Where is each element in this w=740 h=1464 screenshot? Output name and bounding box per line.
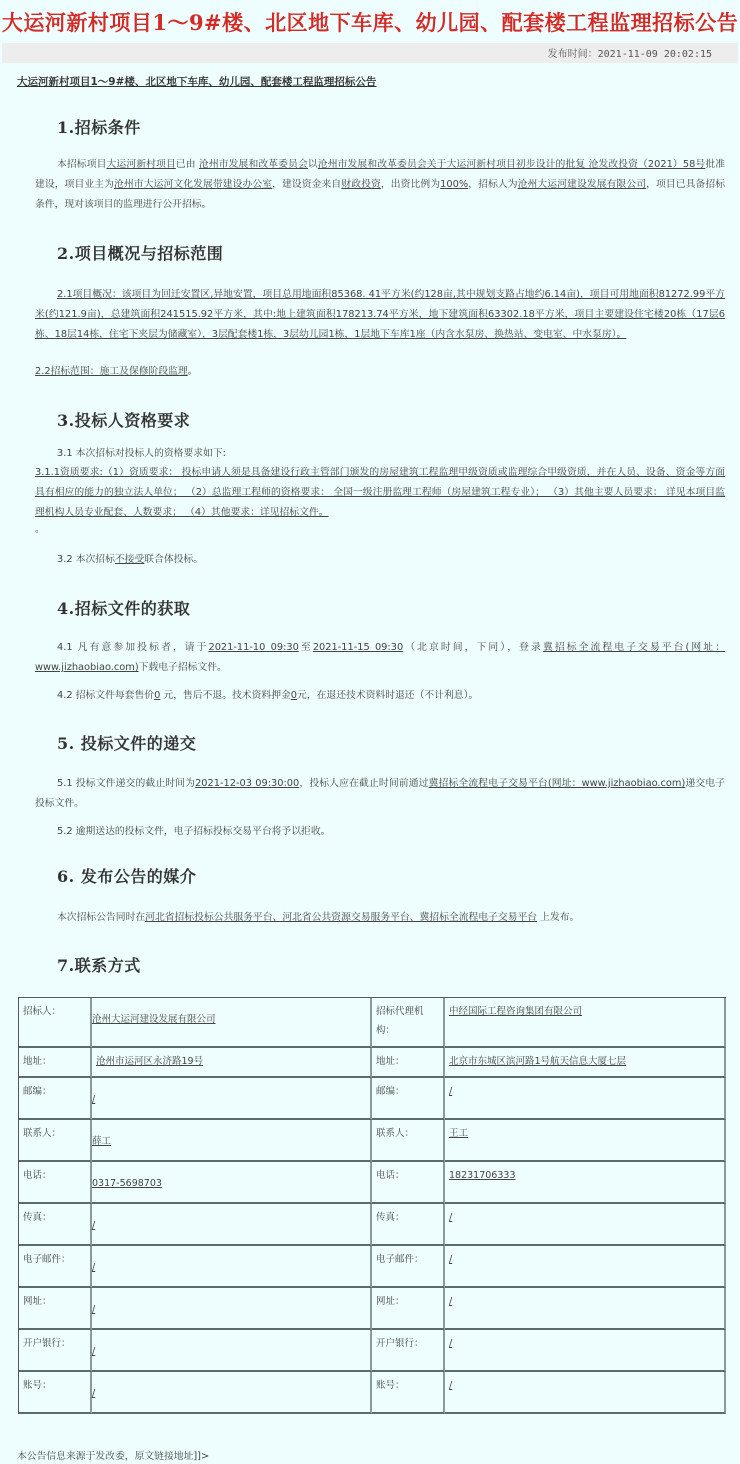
article-subtitle[interactable]: 大运河新村项目1～9#楼、北区地下车库、幼儿园、配套楼工程监理招标公告: [17, 74, 376, 89]
publication-platforms-link[interactable]: 河北省招标投标公共服务平台、河北省公共资源交易服务平台、冀招标全流程电子交易平台: [145, 912, 537, 923]
publish-time-value: 2021-11-09 20:02:15: [598, 49, 712, 60]
project-name-link[interactable]: 大运河新村项目: [107, 159, 176, 170]
label-cell: 网址：: [19, 1288, 92, 1330]
value-cell: /: [445, 1288, 726, 1330]
section-heading-6: 6. 发布公告的媒介: [57, 864, 196, 887]
agency-account[interactable]: /: [449, 1376, 720, 1395]
approval-document-link[interactable]: 沧州市发展和改革委员会关于大运河新村项目初步设计的批复 沧发改投资（2021）5…: [318, 159, 706, 170]
table-row: 地址： 沧州市运河区永济路19号 地址： 北京市东城区滨河路1号航天信息大厦七层: [19, 1048, 726, 1078]
value-cell: 沧州大运河建设发展有限公司: [92, 998, 372, 1048]
section-6-media: 本次招标公告同时在河北省招标投标公共服务平台、河北省公共资源交易服务平台、冀招标…: [57, 908, 727, 928]
section-heading-2: 2.项目概况与招标范围: [57, 241, 223, 264]
text: 4.2 招标文件每套售价: [57, 690, 154, 701]
label-cell: 账号：: [19, 1372, 92, 1414]
section-4-price: 4.2 招标文件每套售价0 元，售后不退。技术资料押金0元，在退还技术资料时退还…: [35, 686, 725, 706]
label-cell: 电子邮件：: [372, 1246, 445, 1288]
publish-label: 发布时间：: [548, 49, 598, 60]
label-cell: 电子邮件：: [19, 1246, 92, 1288]
section-heading-7: 7.联系方式: [57, 953, 141, 976]
value-cell: 中经国际工程咨询集团有限公司: [445, 998, 726, 1048]
text: 本招标项目: [57, 159, 107, 170]
qualification-text[interactable]: 3.1.1资质要求:（1）资质要求： 投标申请人须是具备建设行政主管部门颁发的房…: [35, 467, 725, 518]
agency-postcode[interactable]: /: [449, 1082, 720, 1101]
table-row: 招标人： 沧州大运河建设发展有限公司 招标代理机构： 中经国际工程咨询集团有限公…: [19, 998, 726, 1048]
section-heading-1: 1.招标条件: [57, 115, 141, 138]
table-row: 电子邮件： / 电子邮件： /: [19, 1246, 726, 1288]
label-cell: 招标代理机构：: [372, 998, 445, 1048]
deadline-datetime[interactable]: 2021-12-03 09:30:00: [195, 778, 299, 789]
value-cell: 沧州市运河区永济路19号: [92, 1048, 372, 1078]
text: 元，在退还技术资料时退还（不计利息）。: [297, 690, 478, 701]
section-5-late: 5.2 逾期送达的投标文件，电子招标投标交易平台将予以拒收。: [35, 822, 725, 842]
label-cell: 联系人：: [372, 1120, 445, 1162]
label-cell: 开户银行：: [372, 1330, 445, 1372]
tenderer-bank[interactable]: /: [92, 1334, 366, 1361]
project-overview-text[interactable]: 2.1项目概况：该项目为回迁安置区,异地安置，项目总用地面积85368. 41平…: [35, 289, 725, 340]
label-cell: 地址：: [372, 1048, 445, 1078]
section-1-paragraph: 本招标项目大运河新村项目已由 沧州市发展和改革委员会以沧州市发展和改革委员会关于…: [35, 155, 725, 215]
value-cell: /: [445, 1246, 726, 1288]
value-cell: /: [92, 1288, 372, 1330]
tenderer-postcode[interactable]: /: [92, 1082, 366, 1109]
platform-link[interactable]: 冀招标全流程电子交易平台(网址：www.jizhaobiao.com): [429, 778, 686, 789]
table-row: 网址： / 网址： /: [19, 1288, 726, 1330]
label-cell: 传真：: [19, 1204, 92, 1246]
value-cell: /: [445, 1204, 726, 1246]
label-cell: 联系人：: [19, 1120, 92, 1162]
agency-address[interactable]: 北京市东城区滨河路1号航天信息大厦七层: [449, 1052, 720, 1071]
text: ，建设资金来自: [272, 179, 341, 190]
text: ，招标人为: [468, 179, 518, 190]
text: 至: [299, 642, 313, 653]
meta-bar: 发布时间：2021-11-09 20:02:15: [2, 43, 738, 63]
value-cell: /: [92, 1078, 372, 1120]
funding-source-link[interactable]: 财政投资: [341, 179, 381, 190]
value-cell: /: [445, 1372, 726, 1414]
table-row: 电话： 0317-5698703 电话： 18231706333: [19, 1162, 726, 1204]
value-cell: 王工: [445, 1120, 726, 1162]
label-cell: 招标人：: [19, 998, 92, 1048]
end-datetime[interactable]: 2021-11-15 09:30: [313, 642, 403, 653]
agency-fax[interactable]: /: [449, 1208, 720, 1227]
table-row: 邮编： / 邮编： /: [19, 1078, 726, 1120]
text: ，投标人应在截止时间前通过: [299, 778, 428, 789]
trailing-text: ]]>: [193, 1451, 209, 1462]
section-heading-4: 4.招标文件的获取: [57, 596, 190, 619]
tenderer-name[interactable]: 沧州大运河建设发展有限公司: [92, 1002, 366, 1029]
agency-name[interactable]: 中经国际工程咨询集团有限公司: [449, 1002, 720, 1021]
page-title: 大运河新村项目1～9#楼、北区地下车库、幼儿园、配套楼工程监理招标公告: [0, 6, 740, 40]
value-cell: /: [92, 1330, 372, 1372]
tenderer-fax[interactable]: /: [92, 1208, 366, 1235]
text: 3.2 本次招标: [57, 554, 115, 565]
funding-ratio[interactable]: 100%: [440, 179, 468, 190]
source-text: 本公告信息来源于发改委，: [17, 1451, 135, 1462]
consortium-not-accepted[interactable]: 不接受: [115, 554, 144, 565]
label-cell: 地址：: [19, 1048, 92, 1078]
tender-scope-text[interactable]: 2.2招标范围：施工及保修阶段监理: [35, 366, 188, 377]
tenderer-address[interactable]: 沧州市运河区永济路19号: [96, 1052, 366, 1071]
text: 上发布。: [537, 912, 579, 923]
original-link[interactable]: 原文链接地址: [135, 1451, 194, 1462]
section-4-obtain: 4.1 凡有意参加投标者，请于2021-11-10 09:30至2021-11-…: [35, 638, 725, 678]
text: 联合体投标。: [144, 554, 203, 565]
tenderer-contact[interactable]: 薛工: [92, 1124, 366, 1151]
text: 4.1 凡有意参加投标者，请于: [57, 642, 208, 653]
section-heading-3: 3.投标人资格要求: [57, 408, 190, 431]
label-cell: 传真：: [372, 1204, 445, 1246]
agency-contact[interactable]: 王工: [449, 1124, 720, 1143]
source-note: 本公告信息来源于发改委，原文链接地址]]>: [17, 1448, 209, 1462]
value-cell: 北京市东城区滨河路1号航天信息大厦七层: [445, 1048, 726, 1078]
section-3-qualification: 3.1.1资质要求:（1）资质要求： 投标申请人须是具备建设行政主管部门颁发的房…: [35, 463, 725, 523]
section-3-intro: 3.1 本次招标对投标人的资格要求如下:: [35, 446, 725, 462]
section-heading-5: 5. 投标文件的递交: [57, 731, 196, 754]
section-5-submission: 5.1 投标文件递交的截止时间为2021-12-03 09:30:00，投标人应…: [35, 774, 725, 814]
table-row: 开户银行： / 开户银行： /: [19, 1330, 726, 1372]
start-datetime[interactable]: 2021-11-10 09:30: [208, 642, 298, 653]
approval-authority-link[interactable]: 沧州市发展和改革委员会: [199, 159, 308, 170]
tenderer-phone[interactable]: 0317-5698703: [92, 1166, 366, 1193]
text: 下载电子招标文件。: [139, 662, 227, 673]
label-cell: 电话：: [19, 1162, 92, 1204]
text: （北京时间，下同），登录: [403, 642, 543, 653]
section-2-overview: 2.1项目概况：该项目为回迁安置区,异地安置，项目总用地面积85368. 41平…: [35, 285, 725, 345]
tenderer-website[interactable]: /: [92, 1292, 366, 1319]
publish-time: 发布时间：2021-11-09 20:02:15: [548, 45, 712, 60]
text: 以: [308, 159, 318, 170]
table-row: 账号： / 账号： /: [19, 1372, 726, 1414]
value-cell: 18231706333: [445, 1162, 726, 1204]
value-cell: /: [92, 1372, 372, 1414]
section-3-dot: 。: [35, 522, 725, 538]
value-cell: /: [92, 1204, 372, 1246]
text: 5.1 投标文件递交的截止时间为: [57, 778, 195, 789]
contact-table: 招标人： 沧州大运河建设发展有限公司 招标代理机构： 中经国际工程咨询集团有限公…: [18, 997, 726, 1414]
value-cell: /: [445, 1330, 726, 1372]
text: 已由: [176, 159, 199, 170]
agency-email[interactable]: /: [449, 1250, 720, 1269]
table-row: 联系人： 薛工 联系人： 王工: [19, 1120, 726, 1162]
text: 元，售后不退。技术资料押金: [160, 690, 290, 701]
agency-bank[interactable]: /: [449, 1334, 720, 1353]
text: 。: [188, 366, 198, 377]
table-row: 传真： / 传真： /: [19, 1204, 726, 1246]
label-cell: 网址：: [372, 1288, 445, 1330]
label-cell: 电话：: [372, 1162, 445, 1204]
value-cell: /: [92, 1246, 372, 1288]
text: 本次招标公告同时在: [57, 912, 145, 923]
label-cell: 账号：: [372, 1372, 445, 1414]
tenderer-account[interactable]: /: [92, 1376, 366, 1403]
label-cell: 邮编：: [372, 1078, 445, 1120]
text: ，出资比例为: [381, 179, 440, 190]
value-cell: /: [445, 1078, 726, 1120]
section-2-scope: 2.2招标范围：施工及保修阶段监理。: [35, 362, 725, 382]
tenderer-email[interactable]: /: [92, 1250, 366, 1277]
tenderer-link[interactable]: 沧州大运河建设发展有限公司: [518, 179, 646, 190]
value-cell: 薛工: [92, 1120, 372, 1162]
project-owner-link[interactable]: 沧州市大运河文化发展带建设办公室: [114, 179, 272, 190]
value-cell: 0317-5698703: [92, 1162, 372, 1204]
agency-website[interactable]: /: [449, 1292, 720, 1311]
label-cell: 开户银行：: [19, 1330, 92, 1372]
label-cell: 邮编：: [19, 1078, 92, 1120]
agency-phone[interactable]: 18231706333: [449, 1166, 720, 1185]
section-3-consortium: 3.2 本次招标不接受联合体投标。: [35, 550, 725, 570]
